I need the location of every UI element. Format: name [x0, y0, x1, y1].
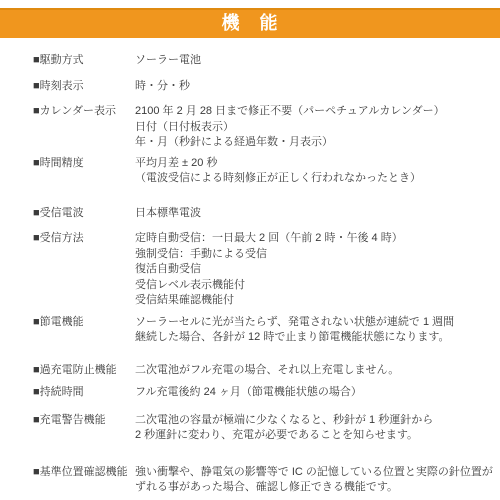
spec-value: 定時自動受信：一日最大 2 回（午前 2 時・午後 4 時） 強制受信：手動によ… [135, 231, 490, 309]
spec-value-line: 強い衝撃や、静電気の影響等で IC の記憶している位置と実際の針位置が [135, 465, 493, 481]
spec-label: ■基準位置確認機能 [33, 465, 135, 481]
spec-label-text: 節電機能 [40, 316, 84, 328]
spec-row-time-display: ■時刻表示 時・分・秒 [33, 79, 490, 95]
spec-row-radio-wave: ■受信電波 日本標準電波 [33, 206, 490, 222]
spec-value-line: フル充電後約 24 ヶ月（節電機能状態の場合） [135, 385, 490, 401]
spec-label-text: 基準位置確認機能 [40, 466, 128, 478]
spec-value-line: ソーラー電池 [135, 53, 490, 69]
spec-row-calendar-display: ■カレンダー表示 2100 年 2 月 28 日まで修正不要（パーペチュアルカレ… [33, 104, 490, 151]
header-banner: 機 能 [0, 8, 500, 38]
square-bullet-icon: ■ [33, 105, 40, 117]
spec-value-line: 時・分・秒 [135, 79, 490, 95]
spec-value-line: 復活自動受信 [135, 262, 490, 278]
spec-label: ■駆動方式 [33, 53, 135, 69]
spec-label: ■持続時間 [33, 385, 135, 401]
spec-label: ■充電警告機能 [33, 413, 135, 429]
spec-label-text: カレンダー表示 [40, 105, 116, 117]
spec-value-line: 2100 年 2 月 28 日まで修正不要（パーペチュアルカレンダー） [135, 104, 490, 120]
spec-value-line: （電波受信による時刻修正が正しく行われなかったとき） [135, 171, 490, 187]
spec-row-accuracy: ■時間精度 平均月差 ± 20 秒 （電波受信による時刻修正が正しく行われなかっ… [33, 156, 490, 187]
square-bullet-icon: ■ [33, 364, 40, 376]
spec-value-line: 受信結果確認機能付 [135, 293, 490, 309]
spec-list: ■駆動方式 ソーラー電池 ■時刻表示 時・分・秒 ■カレンダー表示 2100 年… [0, 53, 500, 496]
square-bullet-icon: ■ [33, 316, 40, 328]
spec-row-drive-type: ■駆動方式 ソーラー電池 [33, 53, 490, 69]
spec-label: ■節電機能 [33, 315, 135, 331]
spec-value-line: 二次電池の容量が極端に少なくなると、秒針が 1 秒運針から [135, 413, 490, 429]
spec-value-line: 受信レベル表示機能付 [135, 278, 490, 294]
spec-label: ■時間精度 [33, 156, 135, 172]
spec-label: ■受信方法 [33, 231, 135, 247]
spec-value: 強い衝撃や、静電気の影響等で IC の記憶している位置と実際の針位置が ずれる事… [135, 465, 493, 496]
spec-label: ■過充電防止機能 [33, 363, 135, 379]
spec-label-text: 受信方法 [40, 232, 84, 244]
spec-value-line: 日本標準電波 [135, 206, 490, 222]
square-bullet-icon: ■ [33, 157, 40, 169]
spec-value-line: ソーラーセルに光が当たらず、発電されない状態が連続で 1 週間 [135, 315, 490, 331]
spec-row-reference-position: ■基準位置確認機能 強い衝撃や、静電気の影響等で IC の記憶している位置と実際… [33, 465, 490, 496]
spec-label-text: 時刻表示 [40, 80, 84, 92]
spec-value-line: 日付（日付板表示） [135, 120, 490, 136]
spec-label: ■時刻表示 [33, 79, 135, 95]
square-bullet-icon: ■ [33, 207, 40, 219]
square-bullet-icon: ■ [33, 80, 40, 92]
spec-label: ■カレンダー表示 [33, 104, 135, 120]
page-title: 機 能 [222, 16, 279, 32]
square-bullet-icon: ■ [33, 414, 40, 426]
spec-value-line: 年・月（秒針による経過年数・月表示） [135, 135, 490, 151]
spec-value-line: 強制受信：手動による受信 [135, 247, 490, 263]
spec-row-duration: ■持続時間 フル充電後約 24 ヶ月（節電機能状態の場合） [33, 385, 490, 401]
spec-value: 二次電池の容量が極端に少なくなると、秒針が 1 秒運針から 2 秒運針に変わり、… [135, 413, 490, 444]
spec-value: フル充電後約 24 ヶ月（節電機能状態の場合） [135, 385, 490, 401]
spec-value-line: 継続した場合、各針が 12 時で止まり節電機能状態になります。 [135, 330, 490, 346]
spec-value-line: 二次電池がフル充電の場合、それ以上充電しません。 [135, 363, 490, 379]
spec-label-text: 充電警告機能 [40, 414, 106, 426]
square-bullet-icon: ■ [33, 54, 40, 66]
square-bullet-icon: ■ [33, 386, 40, 398]
square-bullet-icon: ■ [33, 232, 40, 244]
spec-label: ■受信電波 [33, 206, 135, 222]
spec-value-line: ずれる事があった場合、確認し修正できる機能です。 [135, 480, 493, 496]
spec-value-line: 定時自動受信：一日最大 2 回（午前 2 時・午後 4 時） [135, 231, 490, 247]
spec-row-charge-warning: ■充電警告機能 二次電池の容量が極端に少なくなると、秒針が 1 秒運針から 2 … [33, 413, 490, 444]
spec-row-reception-method: ■受信方法 定時自動受信：一日最大 2 回（午前 2 時・午後 4 時） 強制受… [33, 231, 490, 309]
spec-value: ソーラーセルに光が当たらず、発電されない状態が連続で 1 週間 継続した場合、各… [135, 315, 490, 346]
spec-label-text: 過充電防止機能 [40, 364, 117, 376]
spec-value: 二次電池がフル充電の場合、それ以上充電しません。 [135, 363, 490, 379]
spec-value: 平均月差 ± 20 秒 （電波受信による時刻修正が正しく行われなかったとき） [135, 156, 490, 187]
spec-label-text: 時間精度 [40, 157, 84, 169]
square-bullet-icon: ■ [33, 466, 40, 478]
spec-value: 日本標準電波 [135, 206, 490, 222]
spec-label-text: 駆動方式 [40, 54, 84, 66]
spec-value-line: 2 秒運針に変わり、充電が必要であることを知らせます。 [135, 428, 490, 444]
spec-value: 2100 年 2 月 28 日まで修正不要（パーペチュアルカレンダー） 日付（日… [135, 104, 490, 151]
spec-label-text: 持続時間 [40, 386, 84, 398]
spec-label-text: 受信電波 [40, 207, 84, 219]
spec-row-overcharge-prevention: ■過充電防止機能 二次電池がフル充電の場合、それ以上充電しません。 [33, 363, 490, 379]
spec-row-power-save: ■節電機能 ソーラーセルに光が当たらず、発電されない状態が連続で 1 週間 継続… [33, 315, 490, 346]
spec-value: ソーラー電池 [135, 53, 490, 69]
spec-value-line: 平均月差 ± 20 秒 [135, 156, 490, 172]
spec-value: 時・分・秒 [135, 79, 490, 95]
